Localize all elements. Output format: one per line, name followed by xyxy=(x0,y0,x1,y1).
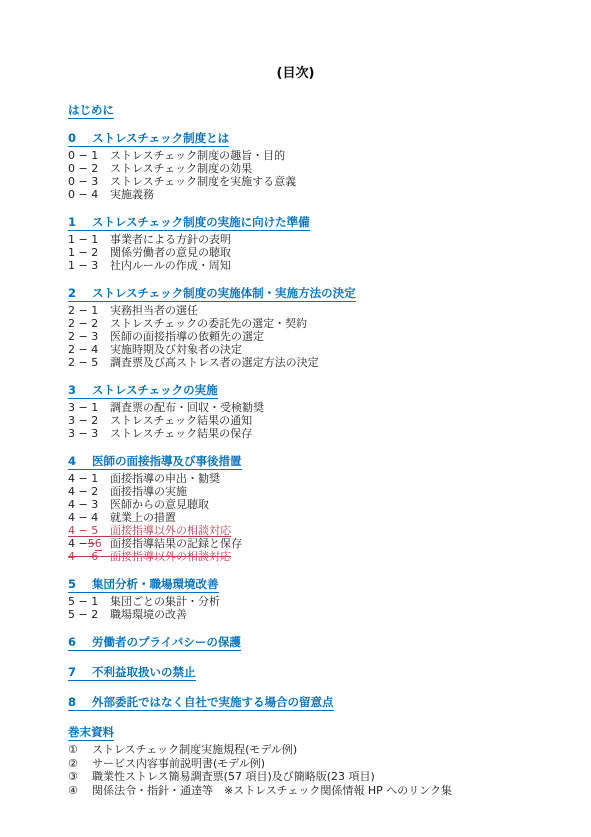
entry-text: 調査票及び高ストレス者の選定方法の決定 xyxy=(110,356,319,369)
page-title: (目次) xyxy=(0,0,591,82)
section-8-link[interactable]: 8外部委託ではなく自社で実施する場合の留意点 xyxy=(68,695,334,711)
entry-text: 関係労働者の意見の聴取 xyxy=(110,246,231,259)
entry-text: 社内ルールの作成・周知 xyxy=(110,259,231,272)
appendix-entry-text: サービス内容事前説明書(モデル例) xyxy=(92,757,265,770)
toc-entry: 0 − 3ストレスチェック制度を実施する意義 xyxy=(68,175,591,188)
entry-number: 4 − 5 xyxy=(68,524,110,537)
toc-entry: 3 − 3ストレスチェック結果の保存 xyxy=(68,427,591,440)
section-number: 1 xyxy=(68,215,92,229)
entry-number: 0 − 2 xyxy=(68,162,110,175)
toc-entry-revised: 4 −56面接指導結果の記録と保存 xyxy=(68,537,591,550)
entry-number: 4 − 2 xyxy=(68,485,110,498)
toc-entry: 4 − 2面接指導の実施 xyxy=(68,485,591,498)
section-7-link[interactable]: 7不利益取扱いの禁止 xyxy=(68,665,196,681)
entry-number: 4 − 3 xyxy=(68,498,110,511)
section-1-link[interactable]: 1ストレスチェック制度の実施に向けた準備 xyxy=(68,215,310,231)
section-2-link[interactable]: 2ストレスチェック制度の実施体制・実施方法の決定 xyxy=(68,286,356,302)
section-2-heading: 2ストレスチェック制度の実施体制・実施方法の決定 xyxy=(68,282,591,302)
entry-number: 2 − 5 xyxy=(68,356,110,369)
entry-text: 面接指導の申出・勧奨 xyxy=(110,472,220,485)
entry-text: 職場環境の改善 xyxy=(110,608,187,621)
revision-inserted-wrap: 4 − 5面接指導以外の相談対応 xyxy=(68,524,231,537)
appendix-entry-number: ② xyxy=(68,757,92,771)
section-7-heading: 7不利益取扱いの禁止 xyxy=(68,661,591,681)
section-number: 2 xyxy=(68,286,92,300)
section-title: ストレスチェックの実施 xyxy=(92,383,218,397)
section-1-heading: 1ストレスチェック制度の実施に向けた準備 xyxy=(68,211,591,231)
appendix-entry: ②サービス内容事前説明書(モデル例) xyxy=(68,757,591,771)
toc-entry: 5 − 2職場環境の改善 xyxy=(68,608,591,621)
appendix-entry-number: ④ xyxy=(68,784,92,798)
section-0-link[interactable]: 0ストレスチェック制度とは xyxy=(68,131,229,147)
toc-link-introduction[interactable]: はじめに xyxy=(68,103,114,119)
section-8-heading: 8外部委託ではなく自社で実施する場合の留意点 xyxy=(68,691,591,711)
inserted-number: 6 xyxy=(95,537,102,551)
section-number: 4 xyxy=(68,454,92,468)
entry-text: ストレスチェック制度の効果 xyxy=(110,162,252,175)
entry-text: 面接指導結果の記録と保存 xyxy=(110,537,242,550)
appendix-entry: ④関係法令・指針・通達等 ※ストレスチェック関係情報 HP へのリンク集 xyxy=(68,784,591,798)
appendix-list: ①ストレスチェック制度実施規程(モデル例)②サービス内容事前説明書(モデル例)③… xyxy=(0,743,591,797)
entry-text: 調査票の配布・回収・受検勧奨 xyxy=(110,401,264,414)
section-title: ストレスチェック制度の実施に向けた準備 xyxy=(92,215,310,229)
section-title: 不利益取扱いの禁止 xyxy=(92,665,196,679)
entry-number: 1 − 1 xyxy=(68,233,110,246)
section-number: 0 xyxy=(68,131,92,145)
document-page: (目次) はじめに 0ストレスチェック制度とは0 − 1ストレスチェック制度の趣… xyxy=(0,0,591,837)
entry-number: 2 − 4 xyxy=(68,343,110,356)
section-4-heading: 4医師の面接指導及び事後措置 xyxy=(68,450,591,470)
deleted-number: 5 xyxy=(88,537,95,550)
toc-entry-deleted: 4 − 6面接指導以外の相談対応 xyxy=(68,550,591,563)
entry-number: 3 − 1 xyxy=(68,401,110,414)
entry-number: 5 − 2 xyxy=(68,608,110,621)
entry-text: ストレスチェック制度を実施する意義 xyxy=(110,175,296,188)
toc-entry: 1 − 2関係労働者の意見の聴取 xyxy=(68,246,591,259)
entry-text: 面接指導以外の相談対応 xyxy=(110,550,231,563)
section-6-heading: 6労働者のプライバシーの保護 xyxy=(68,631,591,651)
entry-number: 4 −56 xyxy=(68,537,110,550)
section-number: 7 xyxy=(68,665,92,679)
appendix-entry-number: ① xyxy=(68,743,92,757)
entry-number: 3 − 3 xyxy=(68,427,110,440)
appendix-entry-number: ③ xyxy=(68,770,92,784)
entry-text: ストレスチェック結果の保存 xyxy=(110,427,252,440)
toc-entry: 0 − 2ストレスチェック制度の効果 xyxy=(68,162,591,175)
section-number: 8 xyxy=(68,695,92,709)
appendix-entry-text: 関係法令・指針・通達等 ※ストレスチェック関係情報 HP へのリンク集 xyxy=(92,784,452,797)
entry-number-prefix: 4 − xyxy=(68,537,88,550)
section-title: ストレスチェック制度とは xyxy=(92,131,229,145)
section-number: 3 xyxy=(68,383,92,397)
toc-entry: 4 − 3医師からの意見聴取 xyxy=(68,498,591,511)
toc-entry: 3 − 1調査票の配布・回収・受検勧奨 xyxy=(68,401,591,414)
toc-entry: 1 − 3社内ルールの作成・周知 xyxy=(68,259,591,272)
entry-number: 0 − 4 xyxy=(68,188,110,201)
section-title: 外部委託ではなく自社で実施する場合の留意点 xyxy=(92,695,334,709)
entry-number: 4 − 6 xyxy=(68,550,110,563)
appendix-entry-text: 職業性ストレス簡易調査票(57 項目)及び簡略版(23 項目) xyxy=(92,770,375,783)
section-0-heading: 0ストレスチェック制度とは xyxy=(68,127,591,147)
toc-appendix-block: 巻末資料 xyxy=(68,721,591,741)
entry-text: 実施義務 xyxy=(110,188,154,201)
toc-entry-inserted: 4 − 5面接指導以外の相談対応 xyxy=(68,524,591,537)
section-3-heading: 3ストレスチェックの実施 xyxy=(68,379,591,399)
appendix-entry-text: ストレスチェック制度実施規程(モデル例) xyxy=(92,743,297,756)
section-title: 医師の面接指導及び事後措置 xyxy=(92,454,242,468)
entry-number: 1 − 3 xyxy=(68,259,110,272)
toc-link-appendix[interactable]: 巻末資料 xyxy=(68,725,114,741)
toc-sections: 0ストレスチェック制度とは0 − 1ストレスチェック制度の趣旨・目的0 − 2ス… xyxy=(0,127,591,711)
entry-number: 0 − 3 xyxy=(68,175,110,188)
revision-deleted-wrap: 4 − 6面接指導以外の相談対応 xyxy=(68,550,231,563)
toc-intro-block: はじめに xyxy=(68,99,591,119)
entry-number: 0 − 1 xyxy=(68,149,110,162)
section-5-link[interactable]: 5集団分析・職場環境改善 xyxy=(68,577,219,593)
entry-text: 事業者による方針の表明 xyxy=(110,233,231,246)
toc-entry: 2 − 5調査票及び高ストレス者の選定方法の決定 xyxy=(68,356,591,369)
entry-number: 4 − 1 xyxy=(68,472,110,485)
entry-text: 面接指導の実施 xyxy=(110,485,187,498)
entry-text: 集団ごとの集計・分析 xyxy=(110,595,220,608)
toc-entry: 2 − 1実務担当者の選任 xyxy=(68,304,591,317)
toc-entry: 0 − 1ストレスチェック制度の趣旨・目的 xyxy=(68,149,591,162)
appendix-entry: ③職業性ストレス簡易調査票(57 項目)及び簡略版(23 項目) xyxy=(68,770,591,784)
section-title: ストレスチェック制度の実施体制・実施方法の決定 xyxy=(92,286,356,300)
entry-text: ストレスチェック結果の通知 xyxy=(110,414,252,427)
toc-entry: 5 − 1集団ごとの集計・分析 xyxy=(68,595,591,608)
toc-entry: 1 − 1事業者による方針の表明 xyxy=(68,233,591,246)
entry-number: 2 − 1 xyxy=(68,304,110,317)
entry-number: 1 − 2 xyxy=(68,246,110,259)
toc-entry: 0 − 4実施義務 xyxy=(68,188,591,201)
entry-text: 面接指導以外の相談対応 xyxy=(110,524,231,537)
section-title: 労働者のプライバシーの保護 xyxy=(92,635,241,649)
section-4-link[interactable]: 4医師の面接指導及び事後措置 xyxy=(68,454,242,470)
entry-text: 医師の面接指導の依頼先の選定 xyxy=(110,330,264,343)
appendix-entry: ①ストレスチェック制度実施規程(モデル例) xyxy=(68,743,591,757)
section-number: 6 xyxy=(68,635,92,649)
entry-number: 5 − 1 xyxy=(68,595,110,608)
entry-number: 4 − 4 xyxy=(68,511,110,524)
toc-entry: 2 − 2ストレスチェックの委託先の選定・契約 xyxy=(68,317,591,330)
toc-entry: 2 − 4実施時期及び対象者の決定 xyxy=(68,343,591,356)
toc-entry: 4 − 4就業上の措置 xyxy=(68,511,591,524)
section-6-link[interactable]: 6労働者のプライバシーの保護 xyxy=(68,635,241,651)
section-number: 5 xyxy=(68,577,92,591)
entry-text: ストレスチェック制度の趣旨・目的 xyxy=(110,149,285,162)
section-title: 集団分析・職場環境改善 xyxy=(92,577,219,591)
section-3-link[interactable]: 3ストレスチェックの実施 xyxy=(68,383,218,399)
toc-entry: 2 − 3医師の面接指導の依頼先の選定 xyxy=(68,330,591,343)
entry-text: 実施時期及び対象者の決定 xyxy=(110,343,242,356)
entry-number: 2 − 2 xyxy=(68,317,110,330)
section-5-heading: 5集団分析・職場環境改善 xyxy=(68,573,591,593)
toc-entry: 4 − 1面接指導の申出・勧奨 xyxy=(68,472,591,485)
entry-text: ストレスチェックの委託先の選定・契約 xyxy=(110,317,307,330)
entry-number: 2 − 3 xyxy=(68,330,110,343)
entry-number: 3 − 2 xyxy=(68,414,110,427)
entry-text: 医師からの意見聴取 xyxy=(110,498,209,511)
entry-text: 就業上の措置 xyxy=(110,511,176,524)
entry-text: 実務担当者の選任 xyxy=(110,304,198,317)
toc-entry: 3 − 2ストレスチェック結果の通知 xyxy=(68,414,591,427)
